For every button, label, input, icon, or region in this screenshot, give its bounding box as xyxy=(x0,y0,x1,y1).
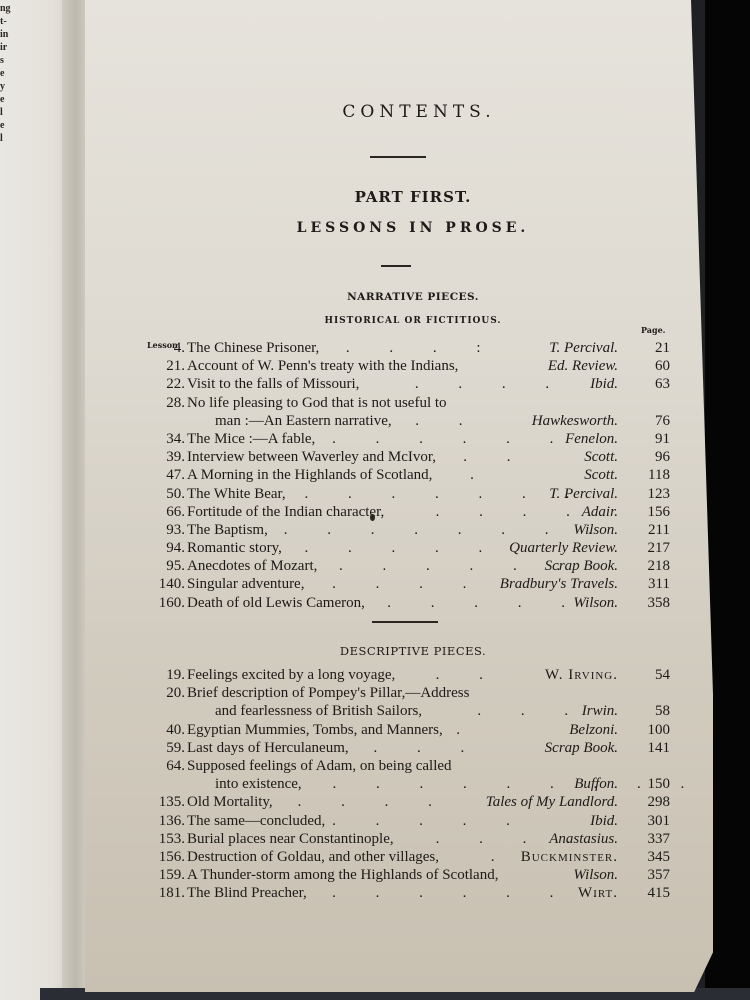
facing-text-fragment: ir xyxy=(0,41,14,54)
narrative-heading: NARRATIVE PIECES. xyxy=(99,291,727,303)
lesson-number: 156. xyxy=(159,848,185,866)
page-number: 100 xyxy=(630,721,670,739)
lesson-number: 4. xyxy=(174,339,185,357)
lesson-title: Anecdotes of Mozart, xyxy=(187,557,317,575)
dot-leader: . . xyxy=(463,448,528,466)
facing-text-fragment: in xyxy=(0,28,14,41)
contents-entry: 160.Death of old Lewis Cameron,. . . . .… xyxy=(125,594,670,612)
dot-leader: . . xyxy=(436,666,501,684)
page-number: 217 xyxy=(630,539,670,557)
dot-leader: . . . . xyxy=(298,793,450,811)
dot-leader: . . . xyxy=(477,702,586,720)
dot-leader: . . . . . . . . xyxy=(284,521,610,539)
lesson-title: Old Mortality, xyxy=(187,793,273,811)
source-author: Bradbury's Travels. xyxy=(500,575,618,593)
lesson-title: into existence, xyxy=(215,775,302,793)
source-author: Scrap Book. xyxy=(545,739,618,757)
source-author: Tales of My Landlord. xyxy=(486,793,618,811)
contents-entry: 181.The Blind Preacher,. . . . . . .Wirt… xyxy=(125,884,670,902)
source-author: Scrap Book. xyxy=(545,557,618,575)
source-author: Ibid. xyxy=(590,812,618,830)
lesson-title: Romantic story, xyxy=(187,539,282,557)
facing-text-fragment: l xyxy=(0,106,14,119)
part-divider xyxy=(381,265,411,267)
facing-text-fragment: t- xyxy=(0,15,14,28)
contents-entry: 59.Last days of Herculaneum,. . .Scrap B… xyxy=(125,739,670,757)
page-number: 58 xyxy=(630,702,670,720)
lesson-number: 136. xyxy=(159,812,185,830)
page-number: 337 xyxy=(630,830,670,848)
dot-leader: . . . . . . xyxy=(332,430,571,448)
page-number: 150 xyxy=(630,775,670,793)
lesson-title: Death of old Lewis Cameron, xyxy=(187,594,365,612)
contents-entry: 4.The Chinese Prisoner,. . . :T. Perciva… xyxy=(125,339,670,357)
facing-text-fragment: y xyxy=(0,80,14,93)
contents-entry: 156.Destruction of Goldau, and other vil… xyxy=(125,848,670,866)
lesson-number: 159. xyxy=(159,866,185,884)
source-author: Hawkesworth. xyxy=(532,412,618,430)
page-title: CONTENTS. xyxy=(105,102,733,122)
page-number: 218 xyxy=(630,557,670,575)
part-subtitle: LESSONS IN PROSE. xyxy=(99,220,727,236)
contents-entry: 95.Anecdotes of Mozart,. . . . . .Scrap … xyxy=(125,557,670,575)
page-number: 63 xyxy=(630,375,670,393)
dot-leader: . . . . . . . xyxy=(305,485,588,503)
page-number: 123 xyxy=(630,485,670,503)
source-author: Irwin. xyxy=(582,702,618,720)
contents-entry: 39.Interview between Waverley and McIvor… xyxy=(125,448,670,466)
lesson-title: Burial places near Constantinople, xyxy=(187,830,394,848)
page-number: 357 xyxy=(630,866,670,884)
source-author: Buffon. xyxy=(574,775,618,793)
lesson-number: 19. xyxy=(166,666,185,684)
page-number: 301 xyxy=(630,812,670,830)
dot-leader: . . . . xyxy=(415,375,567,393)
lesson-title: Supposed feelings of Adam, on being call… xyxy=(187,757,452,775)
source-author: Wilson. xyxy=(573,594,618,612)
page-number: 345 xyxy=(630,848,670,866)
source-author: T. Percival. xyxy=(549,485,618,503)
lesson-title: and fearlessness of British Sailors, xyxy=(215,702,422,720)
contents-entry: 47.A Morning in the Highlands of Scotlan… xyxy=(125,466,670,484)
page-number: 76 xyxy=(630,412,670,430)
contents-entry: 21.Account of W. Penn's treaty with the … xyxy=(125,357,670,375)
lesson-number: 50. xyxy=(166,485,185,503)
contents-entry: into existence,. . . . . . . . .Buffon.1… xyxy=(125,775,670,793)
contents-entry: 94.Romantic story,. . . . .Quarterly Rev… xyxy=(125,539,670,557)
dot-leader: . xyxy=(470,466,492,484)
page-number: 141 xyxy=(630,739,670,757)
source-author: Scott. xyxy=(584,448,618,466)
lesson-number: 20. xyxy=(166,684,185,702)
page-number: 298 xyxy=(630,793,670,811)
contents-entry: 153.Burial places near Constantinople,. … xyxy=(125,830,670,848)
source-author: Fenelon. xyxy=(565,430,618,448)
dot-leader: . . . : xyxy=(346,339,499,357)
source-author: Belzoni. xyxy=(569,721,618,739)
contents-entry: man :—An Eastern narrative,. .Hawkeswort… xyxy=(125,412,670,430)
dot-leader: . . xyxy=(415,412,480,430)
lesson-title: Brief description of Pompey's Pillar,—Ad… xyxy=(187,684,469,702)
facing-text-fragment: ng xyxy=(0,2,14,15)
lesson-number: 160. xyxy=(159,594,185,612)
lesson-number: 21. xyxy=(166,357,185,375)
page-number: 96 xyxy=(630,448,670,466)
contents-entry: and fearlessness of British Sailors,. . … xyxy=(125,702,670,720)
facing-text-fragment: l xyxy=(0,132,14,145)
contents-entry: 64.Supposed feelings of Adam, on being c… xyxy=(125,757,670,775)
lesson-title: The Mice :—A fable, xyxy=(187,430,315,448)
section-divider xyxy=(372,621,438,623)
page-column-label: Page. xyxy=(641,325,665,335)
lesson-number: 153. xyxy=(159,830,185,848)
lesson-title: No life pleasing to God that is not usef… xyxy=(187,394,447,412)
contents-entry: 93.The Baptism,. . . . . . . .Wilson.211 xyxy=(125,521,670,539)
lesson-number: 135. xyxy=(159,793,185,811)
facing-text-fragment: e xyxy=(0,93,14,106)
lesson-number: 66. xyxy=(166,503,185,521)
lesson-number: 95. xyxy=(166,557,185,575)
dot-leader: . xyxy=(491,848,513,866)
lesson-number: 94. xyxy=(166,539,185,557)
page-number: 156 xyxy=(630,503,670,521)
lesson-title: The Chinese Prisoner, xyxy=(187,339,319,357)
contents-entry: 140.Singular adventure,. . . .Bradbury's… xyxy=(125,575,670,593)
narrative-subheading: HISTORICAL OR FICTITIOUS. xyxy=(99,316,727,326)
dot-leader: . . . . . xyxy=(332,812,528,830)
source-author: Quarterly Review. xyxy=(509,539,618,557)
lesson-number: 39. xyxy=(166,448,185,466)
lesson-title: The Baptism, xyxy=(187,521,268,539)
lesson-number: 40. xyxy=(166,721,185,739)
page-number: 60 xyxy=(630,357,670,375)
source-author: W. Irving. xyxy=(545,666,618,684)
page-number: 54 xyxy=(630,666,670,684)
lesson-title: Destruction of Goldau, and other village… xyxy=(187,848,439,866)
contents-entry: 50.The White Bear,. . . . . . .T. Perciv… xyxy=(125,485,670,503)
contents-entry: 66.Fortitude of the Indian character,. .… xyxy=(125,503,670,521)
lesson-title: Singular adventure, xyxy=(187,575,304,593)
dot-leader: . . . . . . . xyxy=(332,884,615,902)
source-author: Anastasius. xyxy=(549,830,618,848)
contents-entry: 28.No life pleasing to God that is not u… xyxy=(125,394,670,412)
lesson-number: 181. xyxy=(159,884,185,902)
dot-leader: . . . . xyxy=(332,575,484,593)
source-author: Wilson. xyxy=(573,521,618,539)
lesson-title: Interview between Waverley and McIvor, xyxy=(187,448,436,466)
lesson-number: 140. xyxy=(159,575,185,593)
source-author: Ibid. xyxy=(590,375,618,393)
title-divider xyxy=(370,156,426,158)
lesson-number: 64. xyxy=(166,757,185,775)
page-number: 415 xyxy=(630,884,670,902)
contents-entry: 22.Visit to the falls of Missouri,. . . … xyxy=(125,375,670,393)
source-author: Scott. xyxy=(584,466,618,484)
lesson-title: man :—An Eastern narrative, xyxy=(215,412,392,430)
contents-entry: 34.The Mice :—A fable,. . . . . .Fenelon… xyxy=(125,430,670,448)
page-number: 311 xyxy=(630,575,670,593)
contents-entry: 136.The same—concluded,. . . . .Ibid.301 xyxy=(125,812,670,830)
lesson-title: The White Bear, xyxy=(187,485,286,503)
contents-entry: 19.Feelings excited by a long voyage,. .… xyxy=(125,666,670,684)
lesson-title: A Thunder-storm among the Highlands of S… xyxy=(187,866,498,884)
lesson-title: Visit to the falls of Missouri, xyxy=(187,375,359,393)
lesson-title: Fortitude of the Indian character, xyxy=(187,503,384,521)
lesson-number: 22. xyxy=(166,375,185,393)
contents-entry: 159.A Thunder-storm among the Highlands … xyxy=(125,866,670,884)
lesson-title: A Morning in the Highlands of Scotland, xyxy=(187,466,432,484)
contents-text: CONTENTS. PART FIRST. LESSONS IN PROSE. … xyxy=(85,0,713,1000)
descriptive-heading: DESCRIPTIVE PIECES. xyxy=(99,644,727,658)
part-heading: PART FIRST. xyxy=(99,188,727,206)
descriptive-entries: 19.Feelings excited by a long voyage,. .… xyxy=(125,666,670,902)
page-number: 91 xyxy=(630,430,670,448)
contents-entry: 20.Brief description of Pompey's Pillar,… xyxy=(125,684,670,702)
lesson-title: The same—concluded, xyxy=(187,812,325,830)
dot-leader: . . . . . xyxy=(305,539,501,557)
lesson-title: Feelings excited by a long voyage, xyxy=(187,666,395,684)
lesson-title: Account of W. Penn's treaty with the Ind… xyxy=(187,357,458,375)
source-author: Buckminster. xyxy=(521,848,618,866)
lesson-number: 59. xyxy=(166,739,185,757)
narrative-entries: 4.The Chinese Prisoner,. . . :T. Perciva… xyxy=(125,339,670,612)
facing-text-fragment: e xyxy=(0,67,14,80)
source-author: Wilson. xyxy=(573,866,618,884)
page-number: 358 xyxy=(630,594,670,612)
facing-text-fragment: e xyxy=(0,119,14,132)
lesson-title: Egyptian Mummies, Tombs, and Manners, xyxy=(187,721,443,739)
facing-text-fragment: s xyxy=(0,54,14,67)
lesson-title: The Blind Preacher, xyxy=(187,884,307,902)
dot-leader: . xyxy=(456,721,478,739)
facing-page-text-fragments: ngt-inirseyelel xyxy=(0,2,14,145)
page-number: 21 xyxy=(630,339,670,357)
dot-leader: . . . . . xyxy=(387,594,583,612)
lesson-number: 34. xyxy=(166,430,185,448)
dot-leader: . . . . . . xyxy=(339,557,578,575)
source-author: Wirt. xyxy=(578,884,618,902)
source-author: Ed. Review. xyxy=(548,357,618,375)
page-number: 211 xyxy=(630,521,670,539)
lesson-number: 28. xyxy=(166,394,185,412)
source-author: Adair. xyxy=(582,503,618,521)
lesson-number: 93. xyxy=(166,521,185,539)
lesson-title: Last days of Herculaneum, xyxy=(187,739,349,757)
source-author: T. Percival. xyxy=(549,339,618,357)
contents-entry: 40.Egyptian Mummies, Tombs, and Manners,… xyxy=(125,721,670,739)
lesson-number: 47. xyxy=(166,466,185,484)
ink-blot xyxy=(370,514,375,521)
dot-leader: . . . xyxy=(374,739,483,757)
dot-leader: . . . . xyxy=(436,503,588,521)
page-number: 118 xyxy=(630,466,670,484)
contents-entry: 135.Old Mortality,. . . .Tales of My Lan… xyxy=(125,793,670,811)
